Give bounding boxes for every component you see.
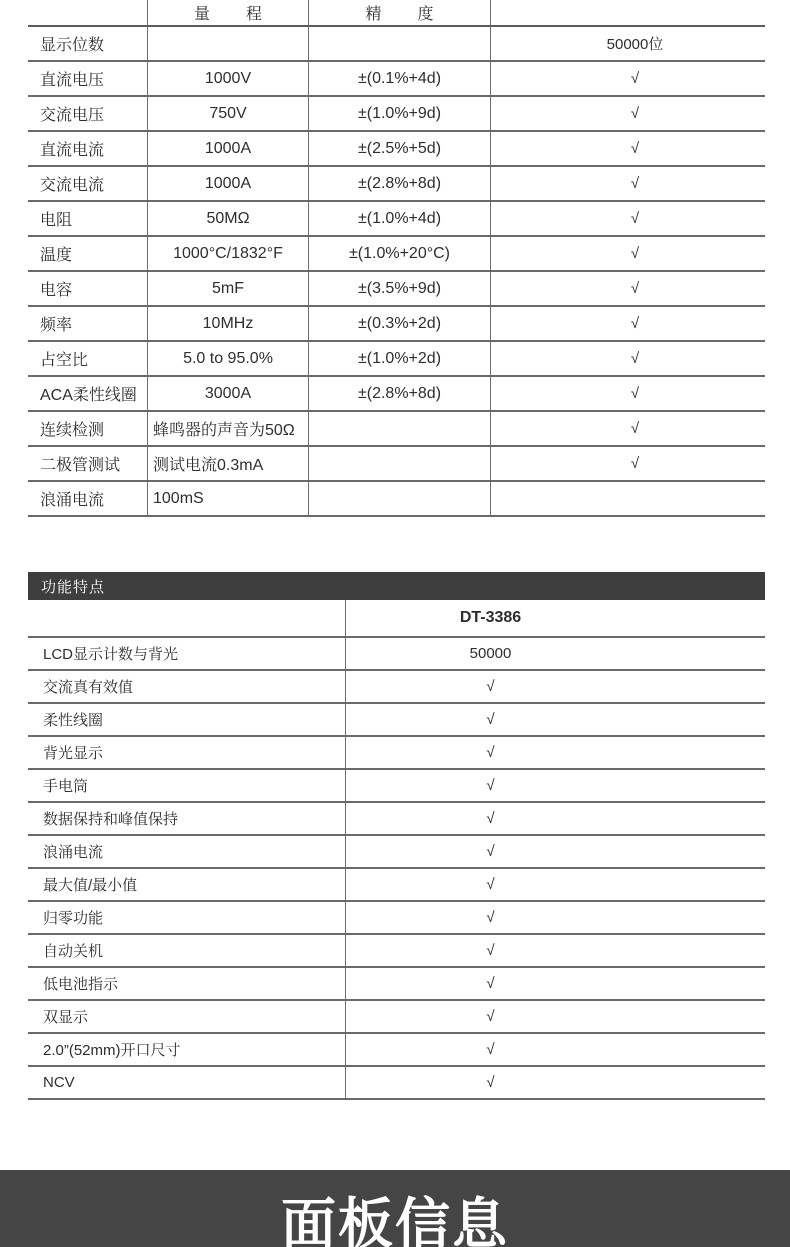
feature-value-cell: √ [345,836,765,867]
feature-value-cell: √ [345,704,765,735]
spec-row-availability-cell: √ [490,97,765,130]
spec-row-range-cell: 测试电流0.3mA [147,447,308,480]
table-row: 浪涌电流√ [28,836,765,869]
table-row: 直流电压1000V±(0.1%+4d)√ [28,62,765,97]
table-row: 交流真有效值√ [28,671,765,704]
spec-row-availability-cell [490,482,765,515]
table-row: 频率10MHz±(0.3%+2d)√ [28,307,765,342]
table-row: 手电筒√ [28,770,765,803]
spec-row-label-cell: 直流电压 [28,62,147,95]
spec-row-accuracy-cell [308,482,490,515]
spec-row-range-cell: 100mS [147,482,308,515]
spec-row-label-cell: 电阻 [28,202,147,235]
feature-value-cell: √ [345,968,765,999]
spec-row-accuracy-cell: ±(1.0%+2d) [308,342,490,375]
spec-row-label-cell: 交流电压 [28,97,147,130]
spec-row-label-cell: 显示位数 [28,27,147,60]
table-row: 低电池指示√ [28,968,765,1001]
spec-row-accuracy-cell: ±(1.0%+4d) [308,202,490,235]
spec-header-accuracy-cell: 精 度 [308,0,490,25]
features-table: DT-3386 LCD显示计数与背光50000交流真有效值√柔性线圈√背光显示√… [28,600,765,1100]
table-row: 连续检测蜂鸣器的声音为50Ω√ [28,412,765,447]
spec-row-availability-cell: √ [490,307,765,340]
table-row: ACA柔性线圈3000A±(2.8%+8d)√ [28,377,765,412]
feature-value-cell: 50000 [345,638,765,669]
page: { "spec_table": { "col_headers": { "rang… [0,0,790,1247]
spec-row-range-cell: 1000A [147,167,308,200]
spec-row-range-cell: 5.0 to 95.0% [147,342,308,375]
feature-label-cell: 柔性线圈 [28,704,345,735]
feature-value-cell: √ [345,1001,765,1032]
spec-row-availability-cell: √ [490,447,765,480]
spec-row-accuracy-cell [308,27,490,60]
table-row: 电阻50MΩ±(1.0%+4d)√ [28,202,765,237]
table-row: 浪涌电流100mS [28,482,765,517]
table-row: 直流电流1000A±(2.5%+5d)√ [28,132,765,167]
spec-row-label-cell: 交流电流 [28,167,147,200]
spec-row-label-cell: 浪涌电流 [28,482,147,515]
feature-value-cell: √ [345,737,765,768]
features-section-title: 功能特点 [41,576,105,597]
spec-row-availability-cell: √ [490,342,765,375]
features-header-model-cell: DT-3386 [345,600,765,636]
table-row: 背光显示√ [28,737,765,770]
spec-row-accuracy-cell: ±(1.0%+9d) [308,97,490,130]
spec-row-accuracy-cell: ±(3.5%+9d) [308,272,490,305]
spec-row-availability-cell: √ [490,132,765,165]
spec-row-availability-cell: √ [490,412,765,445]
table-row: 双显示√ [28,1001,765,1034]
feature-label-cell: 浪涌电流 [28,836,345,867]
spec-row-accuracy-cell: ±(0.1%+4d) [308,62,490,95]
feature-value-cell: √ [345,1067,765,1098]
feature-label-cell: 数据保持和峰值保持 [28,803,345,834]
spec-row-label-cell: 占空比 [28,342,147,375]
table-row: NCV√ [28,1067,765,1100]
spec-header-model-cell [490,0,765,25]
table-row: 自动关机√ [28,935,765,968]
table-row: 占空比5.0 to 95.0%±(1.0%+2d)√ [28,342,765,377]
spec-row-range-cell: 3000A [147,377,308,410]
feature-label-cell: 2.0”(52mm)开口尺寸 [28,1034,345,1065]
feature-value-cell: √ [345,935,765,966]
feature-value-cell: √ [345,1034,765,1065]
spec-header-empty-cell [28,0,147,25]
spec-row-accuracy-cell: ±(2.5%+5d) [308,132,490,165]
spec-table: 量 程 精 度 显示位数50000位直流电压1000V±(0.1%+4d)√交流… [28,0,765,517]
spec-row-range-cell: 5mF [147,272,308,305]
feature-label-cell: 手电筒 [28,770,345,801]
feature-label-cell: 最大值/最小值 [28,869,345,900]
table-row: 数据保持和峰值保持√ [28,803,765,836]
banner-title: 面板信息 [0,1196,790,1247]
section-banner: 面板信息 [0,1170,790,1247]
spec-row-availability-cell: √ [490,272,765,305]
table-row: 显示位数50000位 [28,27,765,62]
features-table-body: LCD显示计数与背光50000交流真有效值√柔性线圈√背光显示√手电筒√数据保持… [28,638,765,1100]
table-row: LCD显示计数与背光50000 [28,638,765,671]
features-table-header-row: DT-3386 [28,600,765,638]
feature-label-cell: 背光显示 [28,737,345,768]
table-row: 柔性线圈√ [28,704,765,737]
feature-value-cell: √ [345,869,765,900]
table-row: 交流电流1000A±(2.8%+8d)√ [28,167,765,202]
feature-label-cell: 归零功能 [28,902,345,933]
spec-table-header-row: 量 程 精 度 [28,0,765,27]
spec-row-accuracy-cell: ±(2.8%+8d) [308,167,490,200]
spec-row-accuracy-cell: ±(1.0%+20°C) [308,237,490,270]
spec-row-range-cell: 蜂鸣器的声音为50Ω [147,412,308,445]
table-row: 归零功能√ [28,902,765,935]
feature-label-cell: 低电池指示 [28,968,345,999]
table-row: 二极管测试测试电流0.3mA√ [28,447,765,482]
spec-row-range-cell: 10MHz [147,307,308,340]
table-row: 交流电压750V±(1.0%+9d)√ [28,97,765,132]
spec-row-availability-cell: √ [490,62,765,95]
spec-row-label-cell: 连续检测 [28,412,147,445]
spec-row-availability-cell: √ [490,377,765,410]
spec-header-range-cell: 量 程 [147,0,308,25]
table-row: 最大值/最小值√ [28,869,765,902]
spec-row-label-cell: 直流电流 [28,132,147,165]
table-row: 温度1000°C/1832°F±(1.0%+20°C)√ [28,237,765,272]
spec-row-range-cell [147,27,308,60]
spec-row-range-cell: 1000°C/1832°F [147,237,308,270]
feature-value-cell: √ [345,671,765,702]
feature-value-cell: √ [345,770,765,801]
feature-label-cell: 自动关机 [28,935,345,966]
spec-row-range-cell: 50MΩ [147,202,308,235]
spec-row-availability-cell: √ [490,237,765,270]
spec-row-availability-cell: 50000位 [490,27,765,60]
table-row: 电容5mF±(3.5%+9d)√ [28,272,765,307]
feature-value-cell: √ [345,902,765,933]
spec-row-accuracy-cell: ±(0.3%+2d) [308,307,490,340]
spec-row-label-cell: 温度 [28,237,147,270]
spec-row-label-cell: 电容 [28,272,147,305]
feature-label-cell: NCV [28,1067,345,1098]
feature-value-cell: √ [345,803,765,834]
spec-row-accuracy-cell [308,447,490,480]
spec-row-availability-cell: √ [490,202,765,235]
features-header-empty-cell [28,600,345,636]
spec-row-range-cell: 1000V [147,62,308,95]
feature-label-cell: 交流真有效值 [28,671,345,702]
spec-row-label-cell: 频率 [28,307,147,340]
spec-row-range-cell: 1000A [147,132,308,165]
spec-row-label-cell: ACA柔性线圈 [28,377,147,410]
spec-row-label-cell: 二极管测试 [28,447,147,480]
spec-row-accuracy-cell [308,412,490,445]
table-row: 2.0”(52mm)开口尺寸√ [28,1034,765,1067]
spec-row-range-cell: 750V [147,97,308,130]
spec-table-body: 显示位数50000位直流电压1000V±(0.1%+4d)√交流电压750V±(… [28,27,765,517]
feature-label-cell: 双显示 [28,1001,345,1032]
spec-row-accuracy-cell: ±(2.8%+8d) [308,377,490,410]
feature-label-cell: LCD显示计数与背光 [28,638,345,669]
features-section-bar: 功能特点 [28,572,765,600]
spec-row-availability-cell: √ [490,167,765,200]
